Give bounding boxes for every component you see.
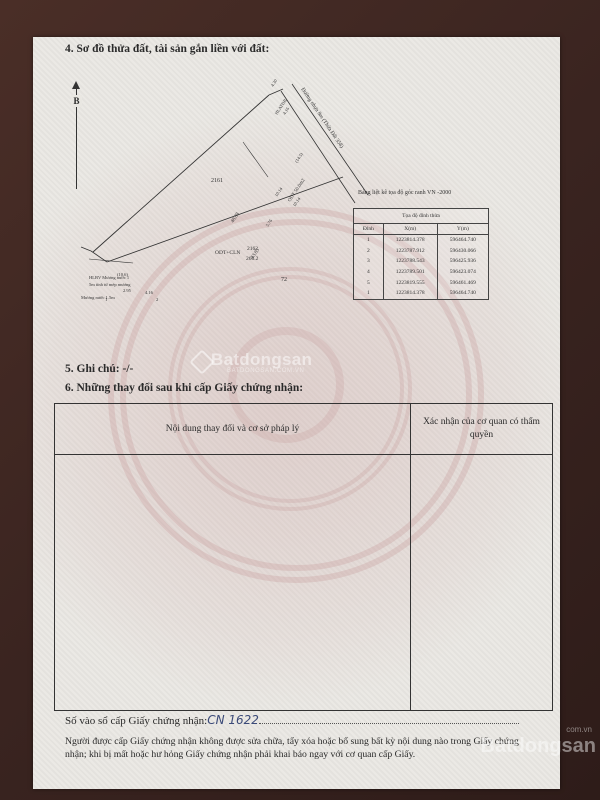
registry-number-line: Số vào sổ cấp Giấy chứng nhận:CN 1622 [65,713,519,727]
svg-text:HLBV Mương nước 1: HLBV Mương nước 1 [89,275,129,280]
section-5-title: 5. Ghi chú: -/- [65,363,133,375]
coord-row: 21223787.912596430.066 [354,246,489,257]
registry-label: Số vào sổ cấp Giấy chứng nhận: [65,715,207,727]
coord-row: 11223814.378596464.740 [354,235,489,246]
changes-col-content: Nội dung thay đổi và cơ sở pháp lý [55,404,410,454]
svg-text:4.30: 4.30 [270,78,279,88]
svg-text:2.95: 2.95 [123,288,132,293]
watermark-center: Batdongsan BATDONGSAN.COM.VN [211,350,312,374]
changes-confirmation-cell [411,455,552,710]
svg-text:Mương nước 1.5m: Mương nước 1.5m [81,295,115,300]
watermark-corner: com.vn Batdongsan [480,735,596,758]
svg-text:5m tính từ mép mương: 5m tính từ mép mương [89,282,131,287]
certificate-notice: Người được cấp Giấy chứng nhận không đượ… [65,735,535,761]
svg-text:(14.5): (14.5) [294,151,305,163]
changes-content-cell [55,455,410,710]
svg-text:10.14: 10.14 [274,186,284,198]
coordinate-table: Tọa độ đỉnh thửa Đỉnh X(m) Y(m) 11223814… [353,208,489,300]
svg-text:ODT+CLN: ODT+CLN [215,250,240,256]
coord-col-y: Y(m) [437,224,488,235]
svg-text:48.88: 48.88 [231,212,242,225]
registry-value: CN 1622 [207,713,259,727]
changes-table: Nội dung thay đổi và cơ sở pháp lý Xác n… [54,403,553,711]
coord-col-x: X(m) [383,224,437,235]
coord-row: 51223819.555596461.469 [354,277,489,288]
svg-text:1: 1 [105,297,107,302]
svg-text:2161: 2161 [211,178,223,184]
coord-row: 11223814.378596464.740 [354,288,489,299]
svg-text:4.16: 4.16 [145,290,154,295]
svg-text:2: 2 [156,297,158,302]
parcel-diagram: Đường nhựa 8m (Thửa Đất 358) 2161ODT+CLN… [33,37,560,357]
svg-text:72: 72 [281,277,287,283]
certificate-page: 4. Sơ đồ thửa đất, tài sản gắn liền với … [33,37,560,789]
coord-col-vertex: Đỉnh [354,224,384,235]
changes-col-confirmation: Xác nhận của cơ quan có thẩm quyền [411,404,552,454]
coord-row: 31223788.543596425.936 [354,256,489,267]
coord-table-title: Bảng liệt kê tọa độ góc ranh VN -2000 [358,190,451,196]
svg-text:Đường nhựa 8m (Thửa Đất 358): Đường nhựa 8m (Thửa Đất 358) [299,86,345,149]
coord-group-header: Tọa độ đỉnh thửa [354,209,489,224]
section-6-title: 6. Những thay đổi sau khi cấp Giấy chứng… [65,382,303,394]
coord-row: 41223789.501596423.074 [354,267,489,278]
